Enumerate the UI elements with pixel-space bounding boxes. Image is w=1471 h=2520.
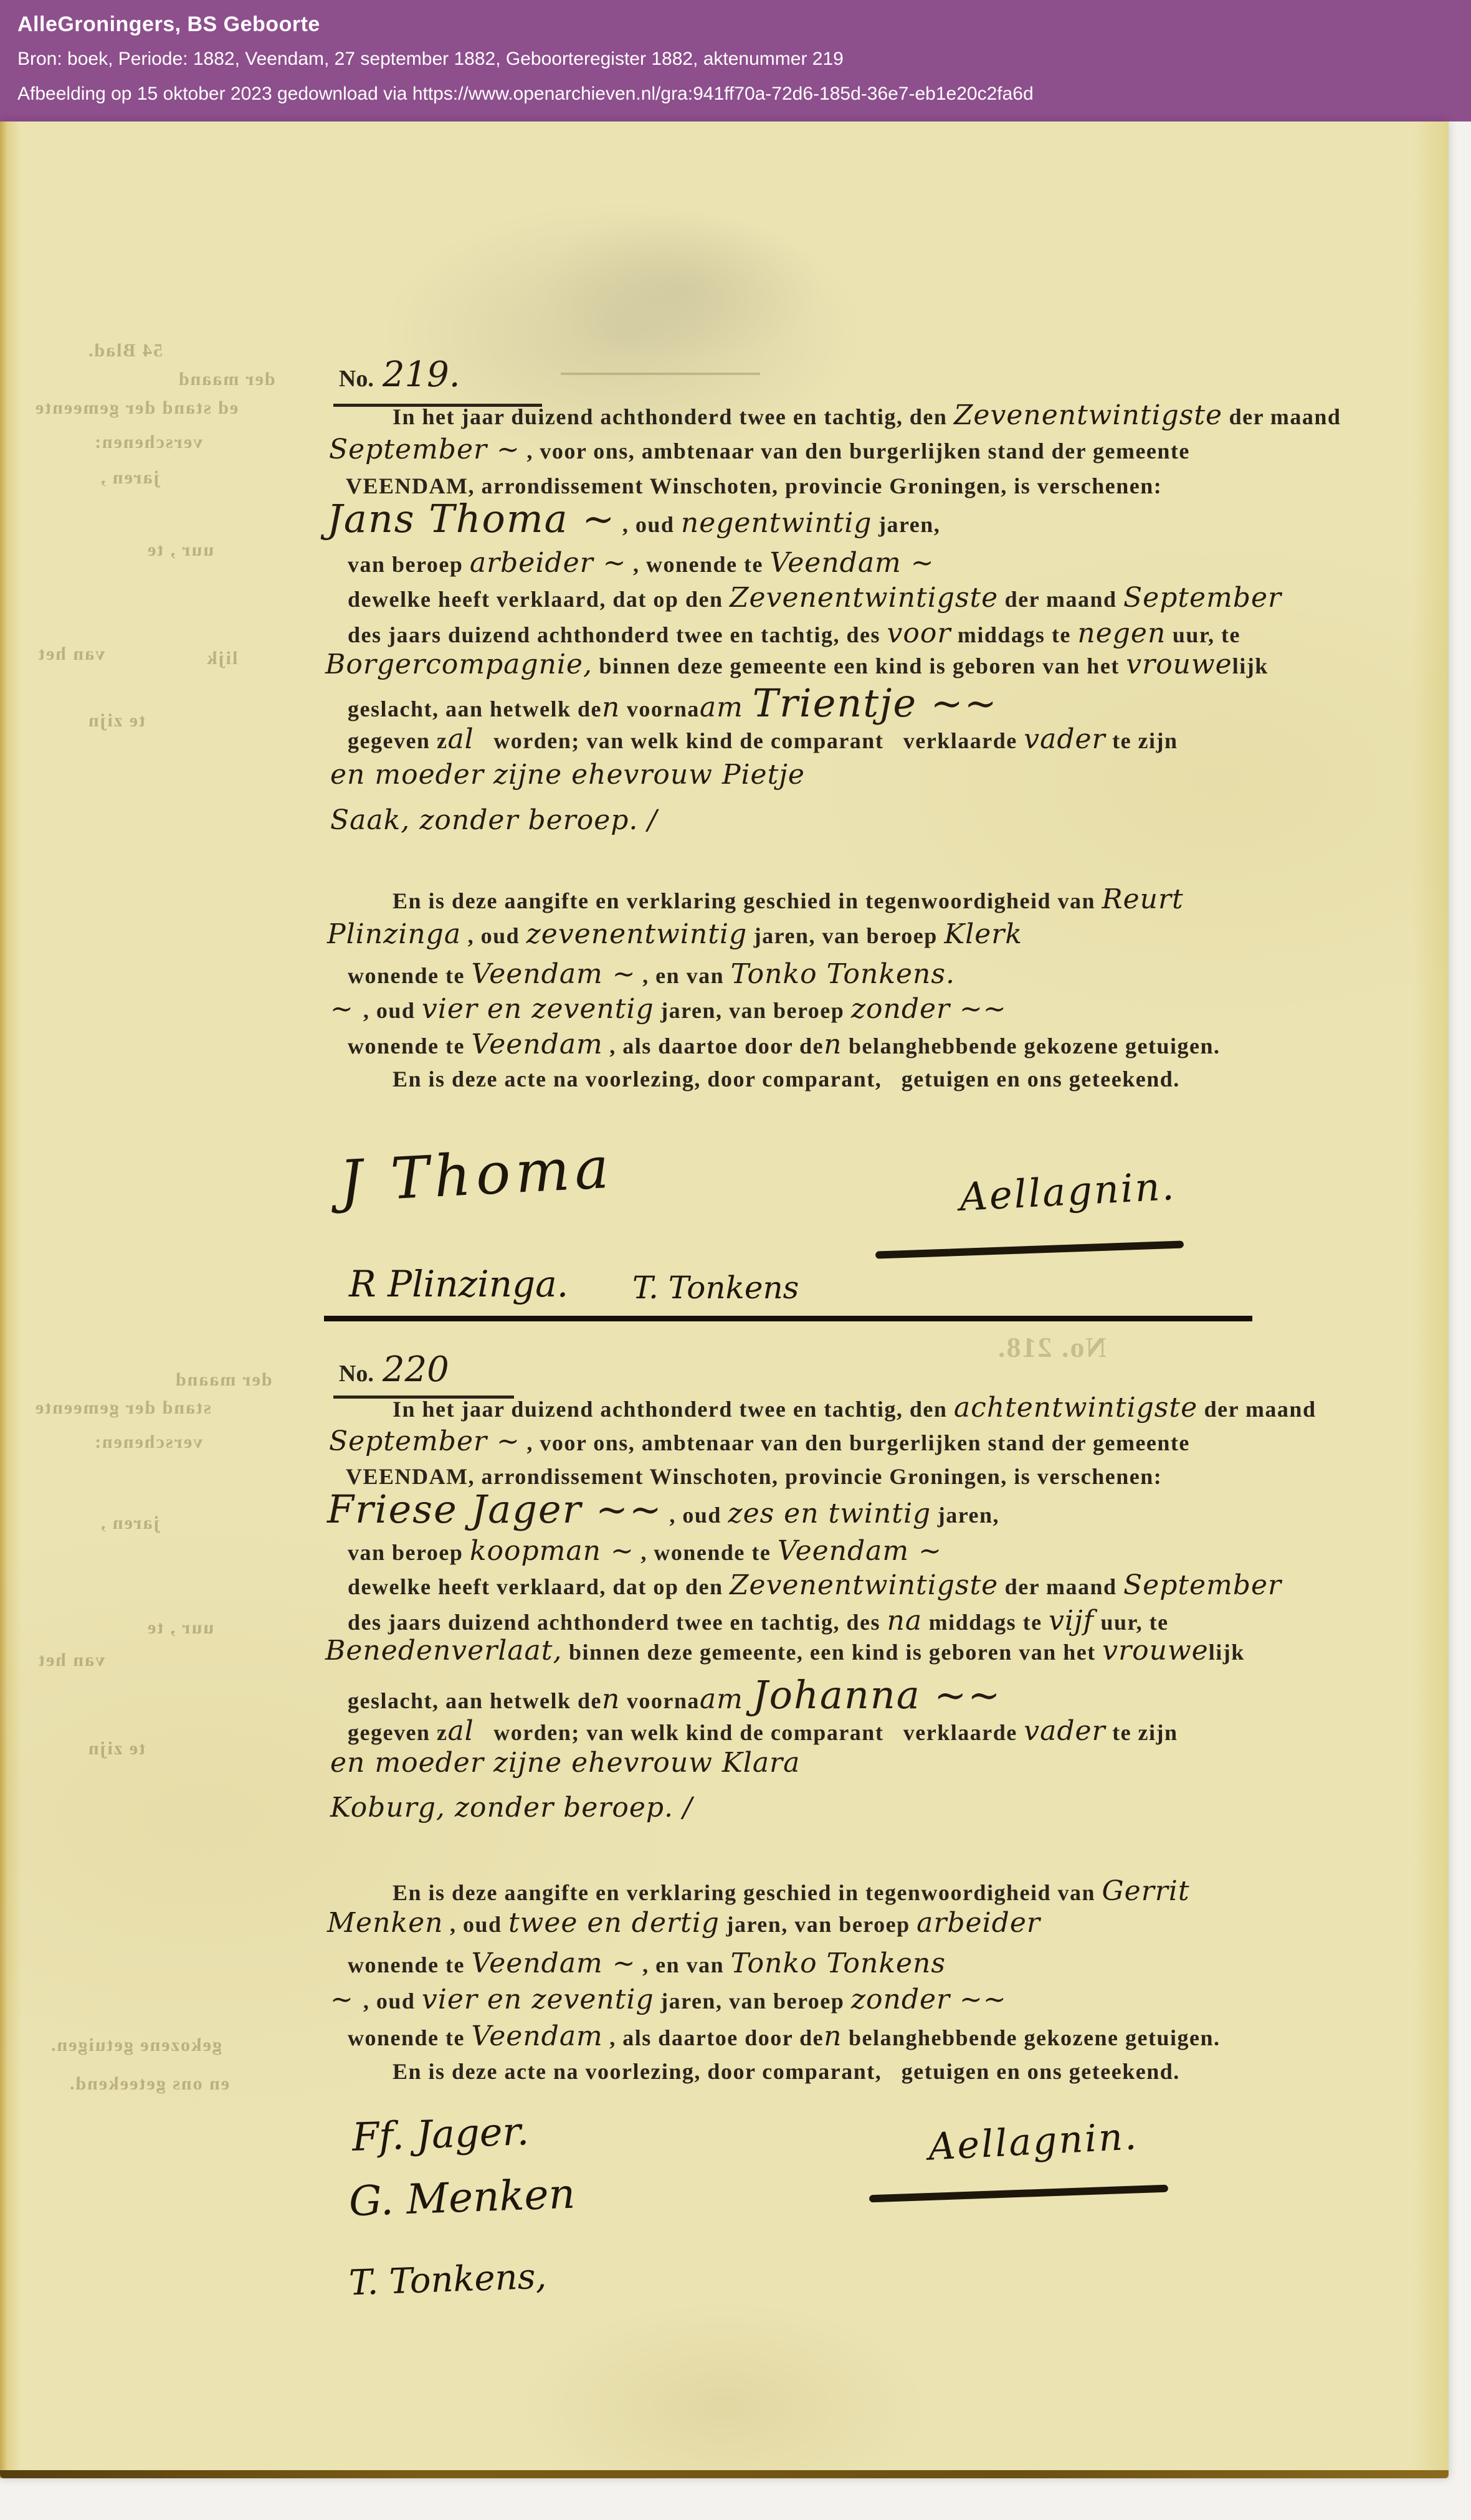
text-segment-printed: , oud <box>461 923 526 948</box>
text-segment-printed: jaren, van beroep <box>654 1989 851 2014</box>
act-220-line-07: des jaars duizend achthonderd twee en ta… <box>348 1607 1169 1635</box>
text-segment-handwritten: September <box>1123 1569 1282 1601</box>
signature-declarant-act220: Ff. Jager. <box>351 2112 530 2157</box>
text-segment-printed: , en van <box>636 963 731 988</box>
text-segment-handwritten: Klerk <box>944 918 1022 950</box>
text-segment-handwritten: am <box>700 1683 753 1715</box>
text-segment-printed: wonende te <box>348 1952 472 1977</box>
act-220-line-13: En is deze aangifte en verklaring geschi… <box>393 1878 1190 1905</box>
ghost-text: van het <box>37 1651 105 1670</box>
text-segment-handwritten: n <box>824 1029 842 1060</box>
act-220-line-16: ~ , oud vier en zeventig jaren, van bero… <box>330 1986 1007 2014</box>
text-segment-handwritten: negentwintig <box>681 507 872 539</box>
banner-title: AlleGroningers, BS Geboorte <box>17 12 320 37</box>
text-segment-printed: worden; van welk kind de comparant verkl… <box>474 728 1024 753</box>
text-segment-printed: geslacht, aan hetwelk de <box>348 697 602 721</box>
text-segment-handwritten: Veendam ~ <box>770 547 935 579</box>
text-segment-printed: middags te <box>951 622 1077 647</box>
text-segment-handwritten: Veendam ~ <box>472 1947 636 1979</box>
text-segment-handwritten: zes en twintig <box>728 1498 931 1529</box>
text-segment-handwritten: Trientje ~~ <box>753 680 998 726</box>
text-segment-handwritten: Koburg, zonder beroep. / <box>330 1792 693 1823</box>
text-segment-printed: jaren, van beroep <box>654 998 851 1023</box>
text-segment-handwritten: Veendam ~ <box>778 1535 942 1567</box>
text-segment-printed: , wonende te <box>634 1540 778 1565</box>
text-segment-printed: wonende te <box>348 2025 472 2050</box>
text-segment-handwritten: vrouwe <box>1102 1635 1208 1667</box>
banner-download-line: Afbeelding op 15 oktober 2023 gedownload… <box>17 83 1034 105</box>
text-segment-handwritten: n <box>824 2020 842 2052</box>
text-segment-handwritten: September ~ <box>329 1425 520 1457</box>
text-segment-printed: voorna <box>620 1688 700 1713</box>
text-segment-handwritten: vrouwe <box>1126 649 1232 680</box>
act-219-line-05: van beroep arbeider ~ , wonende te Veend… <box>348 549 935 577</box>
text-segment-printed: , oud <box>363 1989 422 2014</box>
text-segment-handwritten: vier en zeventig <box>422 1984 654 2015</box>
paper-torn-bottom-edge <box>0 2470 1449 2478</box>
text-segment-printed: lijk <box>1209 1640 1245 1665</box>
act-220-line-05: van beroep koopman ~ , wonende te Veenda… <box>348 1538 942 1565</box>
text-segment-printed: , wonende te <box>627 552 770 577</box>
text-segment-handwritten: ~ <box>330 1984 363 2015</box>
text-segment-handwritten: Reurt <box>1102 883 1184 915</box>
text-segment-handwritten: en moeder zijne ehevrouw Pietje <box>330 759 805 791</box>
ghost-text: te zijn <box>87 1739 145 1758</box>
signature-witness2-act219: T. Tonkens <box>632 1272 799 1303</box>
text-segment-printed: belanghebbende gekozene getuigen. <box>842 1034 1220 1058</box>
act-219-line-15: wonende te Veendam ~ , en van Tonko Tonk… <box>348 961 955 988</box>
banner-source-line: Bron: boek, Periode: 1882, Veendam, 27 s… <box>17 49 844 70</box>
act-220-line-11: en moeder zijne ehevrouw Klara <box>330 1749 800 1777</box>
text-segment-handwritten: Johanna ~~ <box>753 1672 1002 1718</box>
act-220-line-04: Friese Jager ~~ , oud zes en twintig jar… <box>327 1490 999 1529</box>
act-219-line-04: Jans Thoma ~ , oud negentwintig jaren, <box>327 500 940 538</box>
act-219-line-18: En is deze acte na voorlezing, door comp… <box>393 1068 1180 1090</box>
signature-official-act220: Aellagnin. <box>928 2118 1140 2166</box>
act-219-line-10: gegeven zal worden; van welk kind de com… <box>348 726 1178 753</box>
text-segment-handwritten: September <box>1123 582 1282 614</box>
act-number-value: 220 <box>383 1349 449 1390</box>
ghost-text: No. 218. <box>997 1333 1107 1362</box>
text-segment-handwritten: am <box>700 692 753 723</box>
act-220-line-01: In het jaar duizend achthonderd twee en … <box>393 1394 1316 1422</box>
act-219-line-08: Borgercompagnie, binnen deze gemeente ee… <box>325 651 1269 678</box>
act-219-line-11: en moeder zijne ehevrouw Pietje <box>330 761 805 789</box>
act-220-line-18: En is deze acte na voorlezing, door comp… <box>393 2060 1180 2083</box>
ghost-text: uur , te <box>146 1619 214 1637</box>
text-segment-printed: , oud <box>443 1912 508 1937</box>
text-segment-printed: , als daartoe door de <box>603 2025 824 2050</box>
text-segment-handwritten: zevenentwintig <box>526 918 748 950</box>
text-segment-printed: jaren, van beroep <box>720 1912 916 1937</box>
act-220-line-14: Menken , oud twee en dertig jaren, van b… <box>327 1909 1040 1937</box>
text-segment-printed: van beroep <box>348 552 470 577</box>
text-segment-handwritten: Zevenentwintigste <box>730 582 998 614</box>
act-220-line-15: wonende te Veendam ~ , en van Tonko Tonk… <box>348 1950 946 1977</box>
text-segment-printed: , als daartoe door de <box>603 1034 824 1058</box>
text-segment-handwritten: Zevenentwintigste <box>730 1569 998 1601</box>
text-segment-printed: uur, te <box>1166 622 1240 647</box>
text-segment-printed: dewelke heeft verklaard, dat op den <box>348 587 730 612</box>
act-219-line-09: geslacht, aan hetwelk den voornaam Trien… <box>348 684 998 723</box>
act-number-label: No. <box>339 366 374 392</box>
act-220-line-09: geslacht, aan hetwelk den voornaam Johan… <box>348 1676 1001 1714</box>
text-segment-handwritten: Tonko Tonkens. <box>731 958 955 990</box>
ghost-text: verschenen: <box>93 433 202 452</box>
signature-official-act219: Aellagnin. <box>959 1167 1177 1217</box>
text-segment-handwritten: vader <box>1024 723 1105 755</box>
text-segment-printed: lijk <box>1232 654 1269 678</box>
text-segment-printed: der maand <box>998 1574 1123 1599</box>
text-segment-printed: binnen deze gemeente, een kind is gebore… <box>562 1640 1102 1665</box>
signature-declarant-act219: J Thoma <box>338 1139 615 1211</box>
text-segment-printed: van beroep <box>348 1540 470 1565</box>
text-segment-printed: wonende te <box>348 963 472 988</box>
metadata-banner: AlleGroningers, BS Geboorte Bron: boek, … <box>0 0 1471 121</box>
text-segment-handwritten: zonder ~~ <box>851 1984 1007 2015</box>
ghost-text: te zijn <box>87 711 145 730</box>
text-segment-printed: worden; van welk kind de comparant verkl… <box>474 1720 1024 1745</box>
act-219-line-17: wonende te Veendam , als daartoe door de… <box>348 1031 1220 1058</box>
ghost-text: der maand <box>174 1371 272 1389</box>
ghost-text: der maand <box>178 370 275 389</box>
text-segment-printed: jaren, <box>931 1503 999 1528</box>
text-segment-printed: In het jaar duizend achthonderd twee en … <box>393 404 954 429</box>
ghost-text: en ons geteekend. <box>69 2075 229 2093</box>
ghost-text: gekozene getuigen. <box>50 2036 222 2055</box>
text-segment-handwritten: Jans Thoma ~ <box>327 496 616 541</box>
acts-divider-line <box>324 1316 1252 1321</box>
text-segment-printed: En is deze aangifte en verklaring geschi… <box>393 1880 1102 1905</box>
text-segment-handwritten: arbeider ~ <box>470 547 627 579</box>
text-segment-printed: wonende te <box>348 1034 472 1058</box>
text-segment-printed: , voor ons, ambtenaar van den burgerlijk… <box>520 1430 1190 1455</box>
signature-witness1-act219: R Plinzinga. <box>349 1266 568 1302</box>
act-number-value: 219. <box>383 354 460 395</box>
text-segment-printed: der maand <box>1197 1397 1316 1422</box>
act-220-line-02: September ~ , voor ons, ambtenaar van de… <box>329 1428 1190 1455</box>
ghost-text: jaren , <box>100 1514 160 1533</box>
text-segment-handwritten: Zevenentwintigste <box>954 399 1222 431</box>
act-220-line-17: wonende te Veendam , als daartoe door de… <box>348 2023 1220 2050</box>
text-segment-printed: VEENDAM, arrondissement Winschoten, prov… <box>346 473 1162 498</box>
text-segment-handwritten: vier en zeventig <box>422 993 654 1025</box>
text-segment-handwritten: Benedenverlaat, <box>325 1635 562 1667</box>
text-segment-printed: gegeven z <box>348 1720 447 1745</box>
text-segment-handwritten: September ~ <box>329 434 520 465</box>
text-segment-handwritten: Saak, zonder beroep. / <box>330 804 657 836</box>
text-segment-printed: uur, te <box>1094 1610 1169 1635</box>
text-segment-handwritten: Borgercompagnie, <box>325 649 593 680</box>
text-segment-printed: , oud <box>363 998 422 1023</box>
text-segment-printed: , voor ons, ambtenaar van den burgerlijk… <box>520 439 1190 464</box>
text-segment-handwritten: voor <box>887 617 951 649</box>
text-segment-printed: middags te <box>922 1610 1049 1635</box>
ghost-text: lijk <box>206 649 237 668</box>
text-segment-printed: jaren, <box>872 512 940 537</box>
text-segment-printed: , en van <box>636 1952 731 1977</box>
text-segment-printed: En is deze acte na voorlezing, door comp… <box>393 2059 1180 2084</box>
text-segment-handwritten: achtentwintigste <box>954 1392 1197 1424</box>
text-segment-printed: jaren, van beroep <box>747 923 944 948</box>
text-segment-handwritten: Veendam <box>472 1029 603 1060</box>
text-segment-printed: geslacht, aan hetwelk de <box>348 1688 602 1713</box>
signature-witness2-act220: T. Tonkens, <box>348 2259 547 2301</box>
act-219-number: No.219. <box>333 348 460 392</box>
act-219-line-14: Plinzinga , oud zevenentwintig jaren, va… <box>327 921 1022 948</box>
text-segment-handwritten: na <box>887 1605 923 1637</box>
text-segment-printed: voorna <box>620 697 700 721</box>
text-segment-printed: , oud <box>616 512 681 537</box>
act-220-line-03: VEENDAM, arrondissement Winschoten, prov… <box>346 1465 1162 1488</box>
text-segment-handwritten: Friese Jager ~~ <box>327 1486 663 1532</box>
text-segment-handwritten: koopman ~ <box>470 1535 634 1567</box>
text-segment-printed: belanghebbende gekozene getuigen. <box>842 2025 1220 2050</box>
text-segment-printed: der maand <box>998 587 1123 612</box>
ghost-text: van het <box>37 645 105 663</box>
text-segment-handwritten: twee en dertig <box>508 1907 720 1939</box>
act-number-label: No. <box>339 1361 374 1387</box>
text-segment-handwritten: Menken <box>327 1907 443 1939</box>
text-segment-handwritten: negen <box>1077 617 1166 649</box>
act-219-line-06: dewelke heeft verklaard, dat op den Zeve… <box>348 584 1282 612</box>
act-219-line-13: En is deze aangifte en verklaring geschi… <box>393 886 1184 913</box>
text-segment-handwritten: en moeder zijne ehevrouw Klara <box>330 1747 800 1779</box>
act-220-line-12: Koburg, zonder beroep. / <box>330 1794 693 1822</box>
text-segment-printed: En is deze acte na voorlezing, door comp… <box>393 1067 1180 1091</box>
ghost-text: stand der gemeente <box>34 1399 211 1417</box>
text-segment-printed: der maand <box>1222 404 1341 429</box>
text-segment-handwritten: al <box>447 723 474 755</box>
text-segment-handwritten: Tonko Tonkens <box>731 1947 946 1979</box>
text-segment-handwritten: n <box>602 1683 620 1715</box>
text-segment-handwritten: al <box>447 1715 474 1747</box>
text-segment-printed: te zijn <box>1106 1720 1178 1745</box>
text-segment-printed: binnen deze gemeente een kind is geboren… <box>593 654 1126 678</box>
text-segment-printed: te zijn <box>1106 728 1178 753</box>
act-220-line-10: gegeven zal worden; van welk kind de com… <box>348 1718 1178 1745</box>
text-segment-printed: des jaars duizend achthonderd twee en ta… <box>348 622 887 647</box>
act-219-line-01: In het jaar duizend achthonderd twee en … <box>393 402 1341 429</box>
text-segment-handwritten: Veendam ~ <box>472 958 636 990</box>
act-219-line-02: September ~ , voor ons, ambtenaar van de… <box>329 436 1190 464</box>
act-219-line-12: Saak, zonder beroep. / <box>330 807 657 834</box>
text-segment-handwritten: vijf <box>1049 1605 1094 1637</box>
act-220-line-06: dewelke heeft verklaard, dat op den Zeve… <box>348 1572 1282 1599</box>
ghost-text: jaren , <box>100 468 160 487</box>
text-segment-printed: des jaars duizend achthonderd twee en ta… <box>348 1610 887 1635</box>
act-220-line-08: Benedenverlaat, binnen deze gemeente, ee… <box>325 1637 1245 1665</box>
ghost-text: verschenen: <box>93 1433 202 1452</box>
act-220-number: No.220 <box>333 1343 449 1387</box>
text-segment-handwritten: arbeider <box>916 1907 1040 1939</box>
text-segment-printed: dewelke heeft verklaard, dat op den <box>348 1574 730 1599</box>
text-segment-handwritten: Veendam <box>472 2020 603 2052</box>
text-segment-printed: gegeven z <box>348 728 447 753</box>
ghost-text: 54 Blad. <box>87 341 163 360</box>
act-219-line-07: des jaars duizend achthonderd twee en ta… <box>348 620 1240 647</box>
ghost-text: ed stand der gemeente <box>34 399 238 417</box>
ghost-text: uur , te <box>146 541 214 559</box>
text-segment-handwritten: n <box>602 692 620 723</box>
screenshot-root: { "header": { "title": "AlleGroningers, … <box>0 0 1471 2520</box>
text-segment-printed: VEENDAM, arrondissement Winschoten, prov… <box>346 1464 1162 1489</box>
signature-witness1-act220: G. Menken <box>348 2174 576 2223</box>
text-segment-handwritten: zonder ~~ <box>851 993 1007 1025</box>
text-segment-handwritten: Gerrit <box>1102 1875 1190 1907</box>
text-segment-handwritten: vader <box>1024 1715 1105 1747</box>
faint-bleed-rule <box>561 373 760 375</box>
act-219-line-16: ~ , oud vier en zeventig jaren, van bero… <box>330 996 1007 1023</box>
text-segment-handwritten: Plinzinga <box>327 918 461 950</box>
act-219-line-03: VEENDAM, arrondissement Winschoten, prov… <box>346 475 1162 497</box>
text-segment-printed: En is deze aangifte en verklaring geschi… <box>393 888 1102 913</box>
text-segment-handwritten: ~ <box>330 993 363 1025</box>
text-segment-printed: In het jaar duizend achthonderd twee en … <box>393 1397 954 1422</box>
text-segment-printed: , oud <box>663 1503 728 1528</box>
